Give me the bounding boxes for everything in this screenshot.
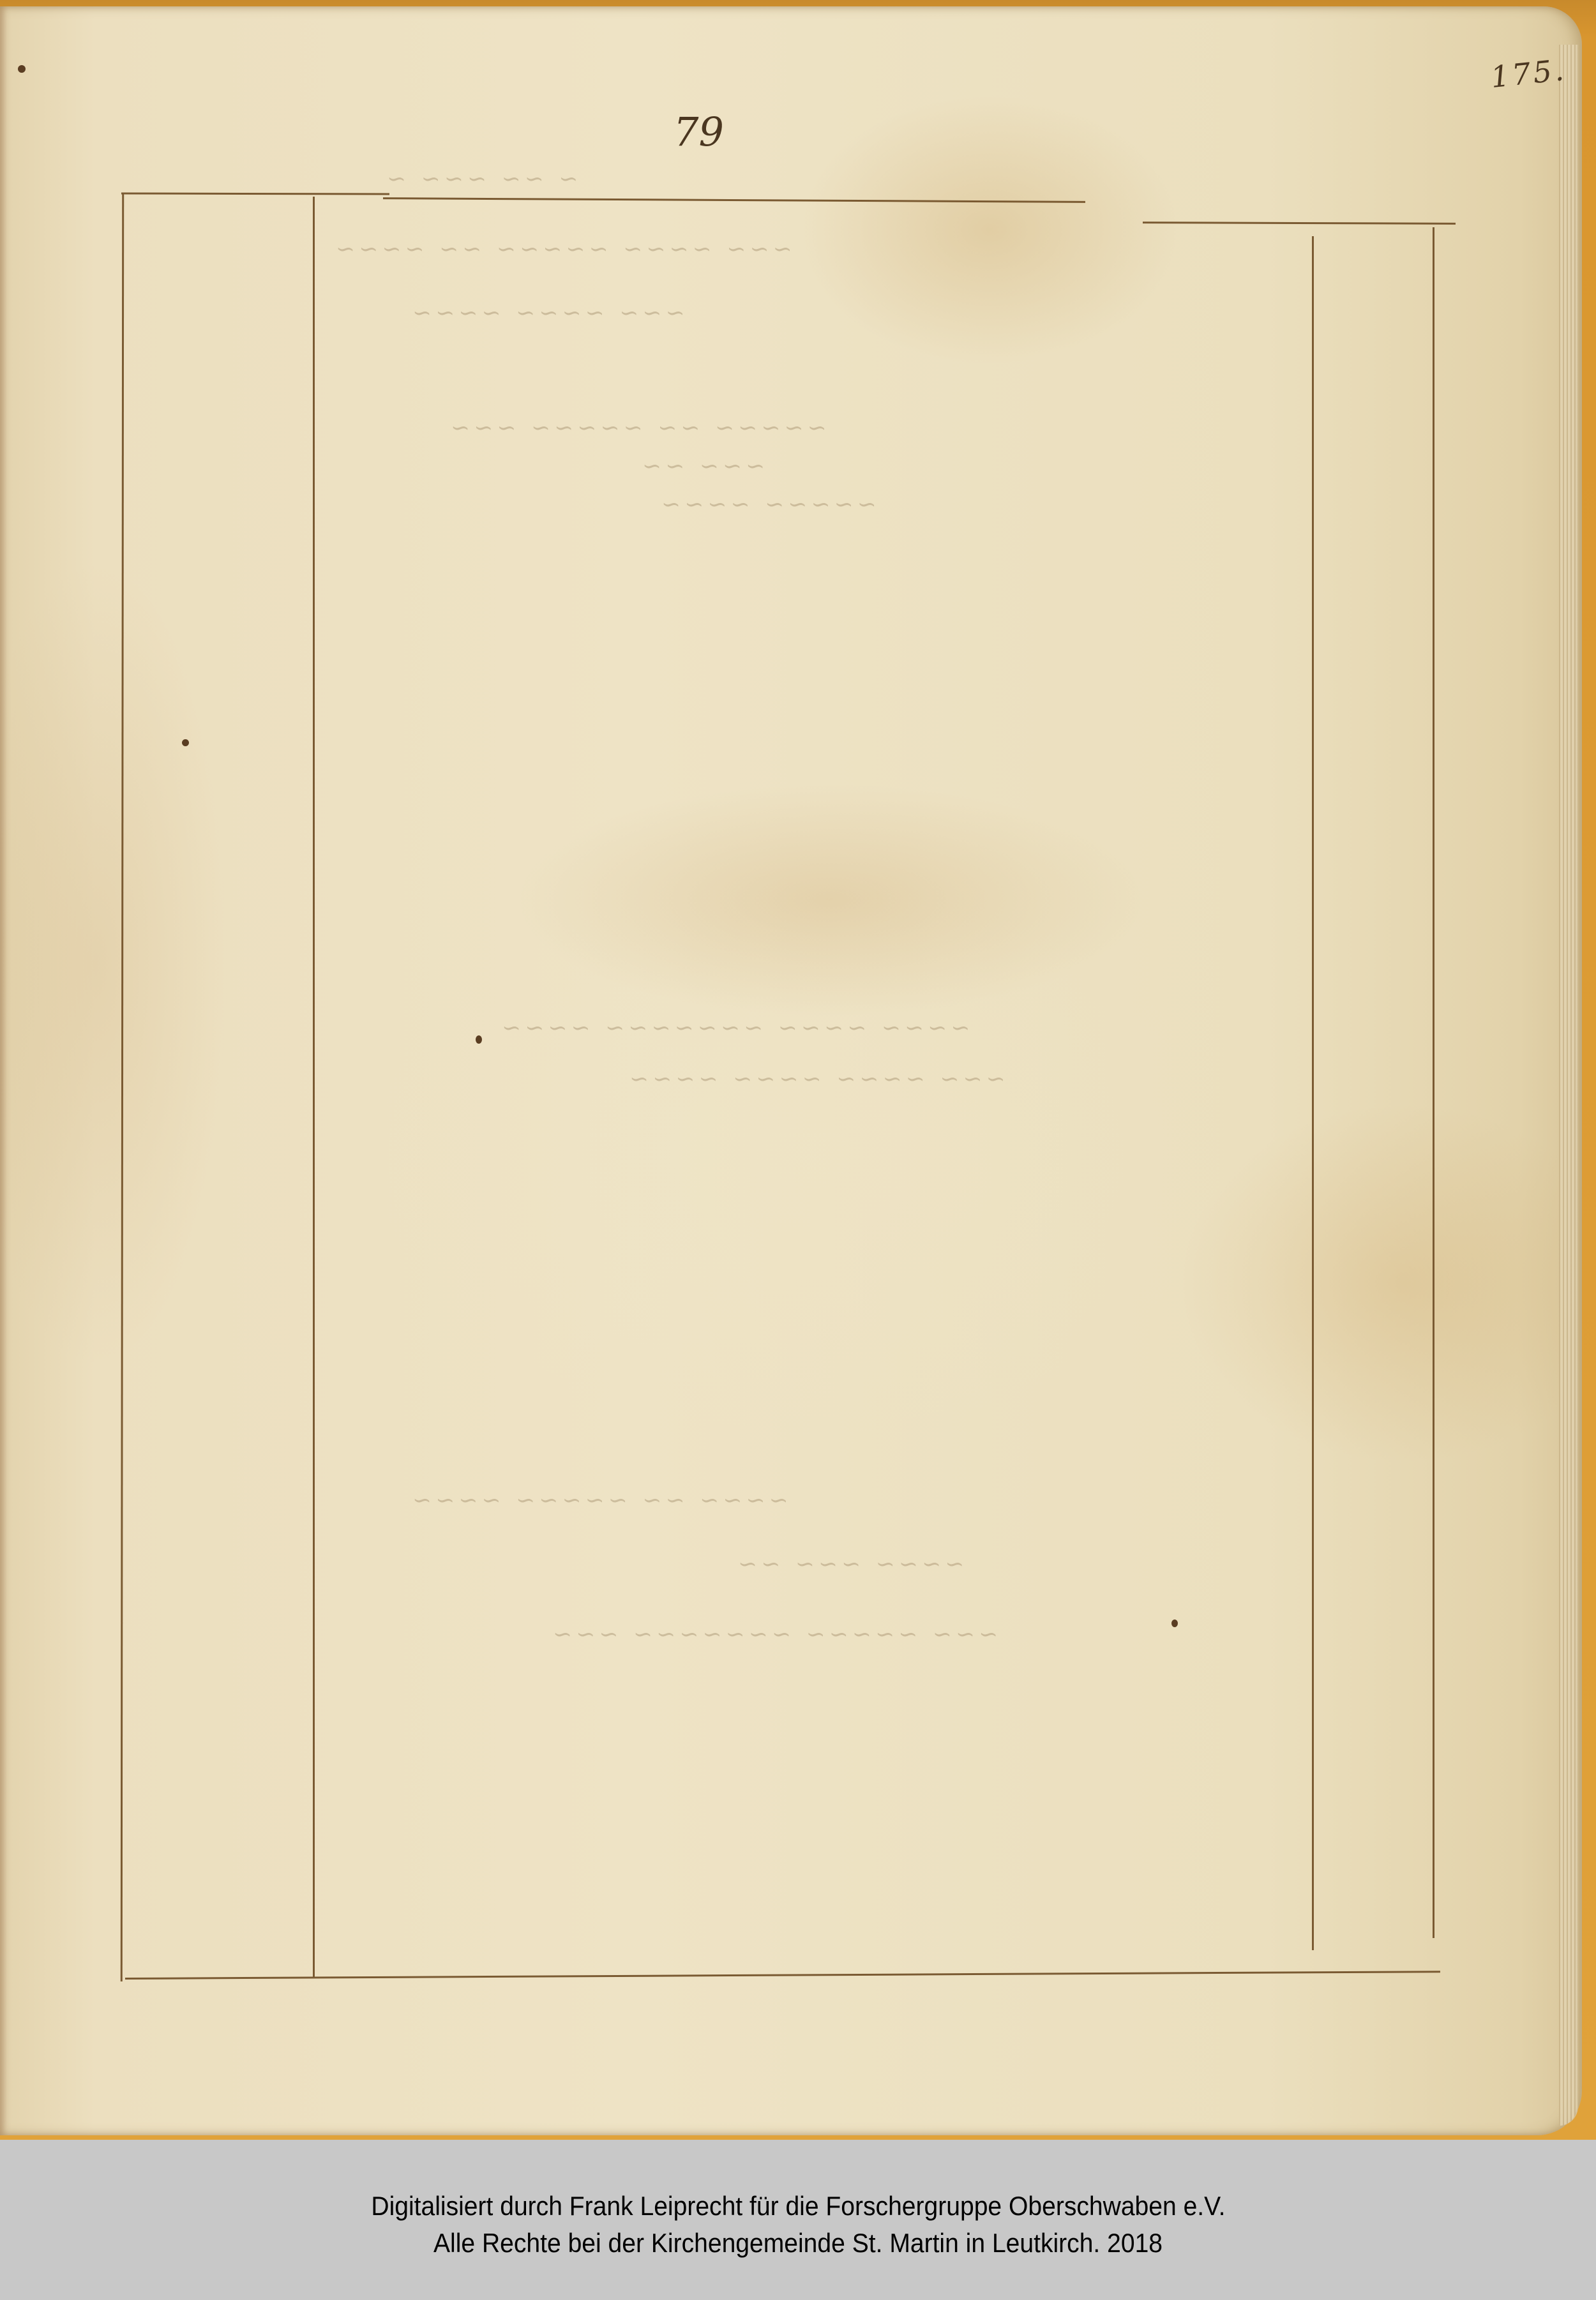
ink-spot (1171, 1620, 1178, 1627)
bleed-through-text: ~~~ ~~~~ ~~~~ ~~~~ (626, 1066, 1005, 1092)
ruled-line-top-center (383, 197, 1085, 203)
ruled-line-top-right (1143, 222, 1456, 225)
bleed-through-text: ~~~ ~~~~ ~~~~~ ~~ ~~~~ (332, 236, 792, 262)
digitization-caption: Digitalisiert durch Frank Leiprecht für … (0, 2140, 1596, 2300)
bleed-through-text: ~ ~~ ~~~ ~ (383, 166, 578, 192)
page-edge-stack (1559, 45, 1578, 2126)
bleed-through-text: ~~~~ ~~~~ ~~~~~~~ ~~~~ (498, 1015, 970, 1041)
ledger-page: 175. 79 ~ ~~ ~~~ ~ ~~~ ~~~~ ~~~~~ ~~ ~~~… (0, 6, 1582, 2135)
bleed-through-text: ~~~~ ~~~ ~~ (734, 1551, 964, 1577)
bleed-through-text: ~~~~~ ~~ ~~~~~ ~~~ (447, 415, 827, 441)
ruled-line-inner-right (1312, 236, 1314, 1950)
ink-spot (182, 739, 189, 746)
caption-line-1: Digitalisiert durch Frank Leiprecht für … (371, 2188, 1225, 2225)
page-number: 79 (674, 109, 724, 155)
ink-spot (476, 1035, 482, 1044)
ruled-line-outer-right (1433, 227, 1434, 1938)
bleed-through-text: ~~~~~ ~~~~ (658, 492, 877, 518)
ruled-line-inner-left (313, 197, 315, 1978)
bleed-through-text: ~~~ ~~~~ ~~~~ (409, 300, 685, 326)
bleed-through-text: ~~~ ~~~~~ ~~~~~~~ ~~~ (549, 1621, 998, 1648)
ruled-line-top-left (121, 192, 389, 195)
ruled-line-outer-left (121, 194, 124, 1981)
folio-number: 175. (1489, 52, 1568, 94)
scan-image: 175. 79 ~ ~~ ~~~ ~ ~~~ ~~~~ ~~~~~ ~~ ~~~… (0, 0, 1596, 2140)
caption-line-2: Alle Rechte bei der Kirchengemeinde St. … (433, 2225, 1163, 2262)
bleed-through-text: ~~~~ ~~ ~~~~~ ~~~~ (409, 1487, 788, 1514)
bleed-through-text: ~~~ ~~ (638, 453, 765, 479)
ruled-line-bottom (125, 1971, 1440, 1980)
ink-spot (18, 65, 26, 73)
